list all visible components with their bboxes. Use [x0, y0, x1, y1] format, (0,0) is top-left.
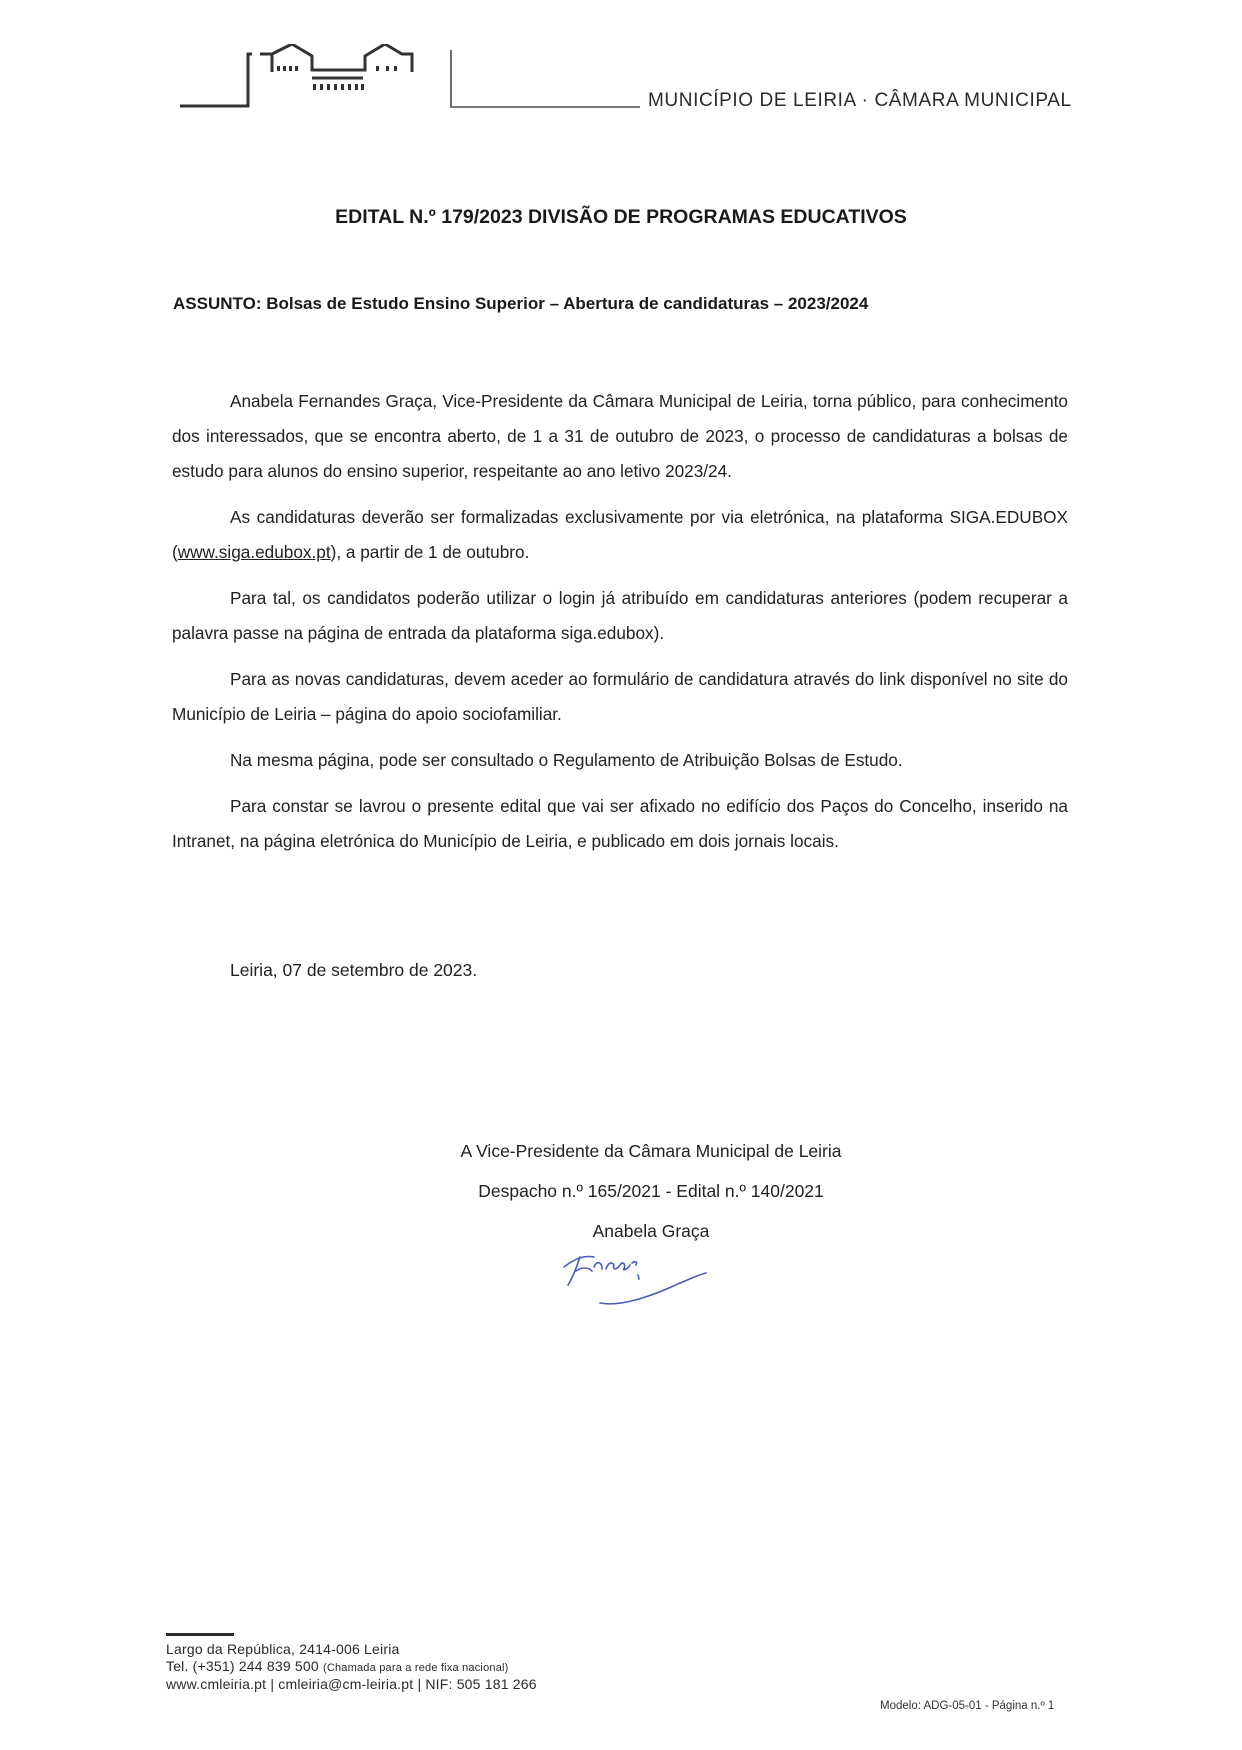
document-title: EDITAL N.º 179/2023 DIVISÃO DE PROGRAMAS… — [0, 206, 1242, 229]
document-subject: ASSUNTO: Bolsas de Estudo Ensino Superio… — [173, 294, 868, 314]
paragraph-login: Para tal, os candidatos poderão utilizar… — [172, 581, 1068, 651]
document-model-page-number: Modelo: ADG-05-01 - Página n.º 1 — [880, 1700, 1054, 1712]
footer-divider — [166, 1633, 234, 1636]
footer-phone-note: (Chamada para a rede fixa nacional) — [323, 1662, 509, 1674]
document-body: Anabela Fernandes Graça, Vice-Presidente… — [172, 384, 1068, 870]
signature-block: A Vice-Presidente da Câmara Municipal de… — [0, 1131, 1242, 1251]
paragraph-platform: As candidaturas deverão ser formalizadas… — [172, 500, 1068, 570]
footer-contacts: Largo da República, 2414-006 Leiria Tel.… — [166, 1641, 537, 1693]
signatory-role: A Vice-Presidente da Câmara Municipal de… — [60, 1131, 1242, 1171]
paragraph-new-applications: Para as novas candidaturas, devem aceder… — [172, 662, 1068, 732]
subject-text: : Bolsas de Estudo Ensino Superior – Abe… — [256, 294, 869, 313]
paragraph-regulation: Na mesma página, pode ser consultado o R… — [172, 743, 1068, 778]
municipality-logo-icon — [180, 44, 470, 114]
footer-phone-line: Tel. (+351) 244 839 500 (Chamada para a … — [166, 1658, 537, 1677]
organization-title: MUNICÍPIO DE LEIRIA · CÂMARA MUNICIPAL — [648, 90, 1072, 112]
subject-label: ASSUNTO — [173, 294, 256, 313]
header-divider-horizontal — [450, 106, 640, 108]
footer-phone: Tel. (+351) 244 839 500 — [166, 1658, 319, 1674]
paragraph-announcement: Anabela Fernandes Graça, Vice-Presidente… — [172, 384, 1068, 489]
header-divider-vertical — [450, 50, 452, 108]
paragraph-publication: Para constar se lavrou o presente edital… — [172, 789, 1068, 859]
platform-text-after: ), a partir de 1 de outubro. — [331, 542, 530, 562]
siga-edubox-link[interactable]: www.siga.edubox.pt — [178, 542, 331, 562]
date-line: Leiria, 07 de setembro de 2023. — [230, 960, 477, 981]
footer-web-email-nif: www.cmleiria.pt | cmleiria@cm-leiria.pt … — [166, 1676, 537, 1693]
signatory-delegation: Despacho n.º 165/2021 - Edital n.º 140/2… — [60, 1171, 1242, 1211]
handwritten-signature-icon — [560, 1245, 720, 1315]
footer-address: Largo da República, 2414-006 Leiria — [166, 1641, 537, 1658]
